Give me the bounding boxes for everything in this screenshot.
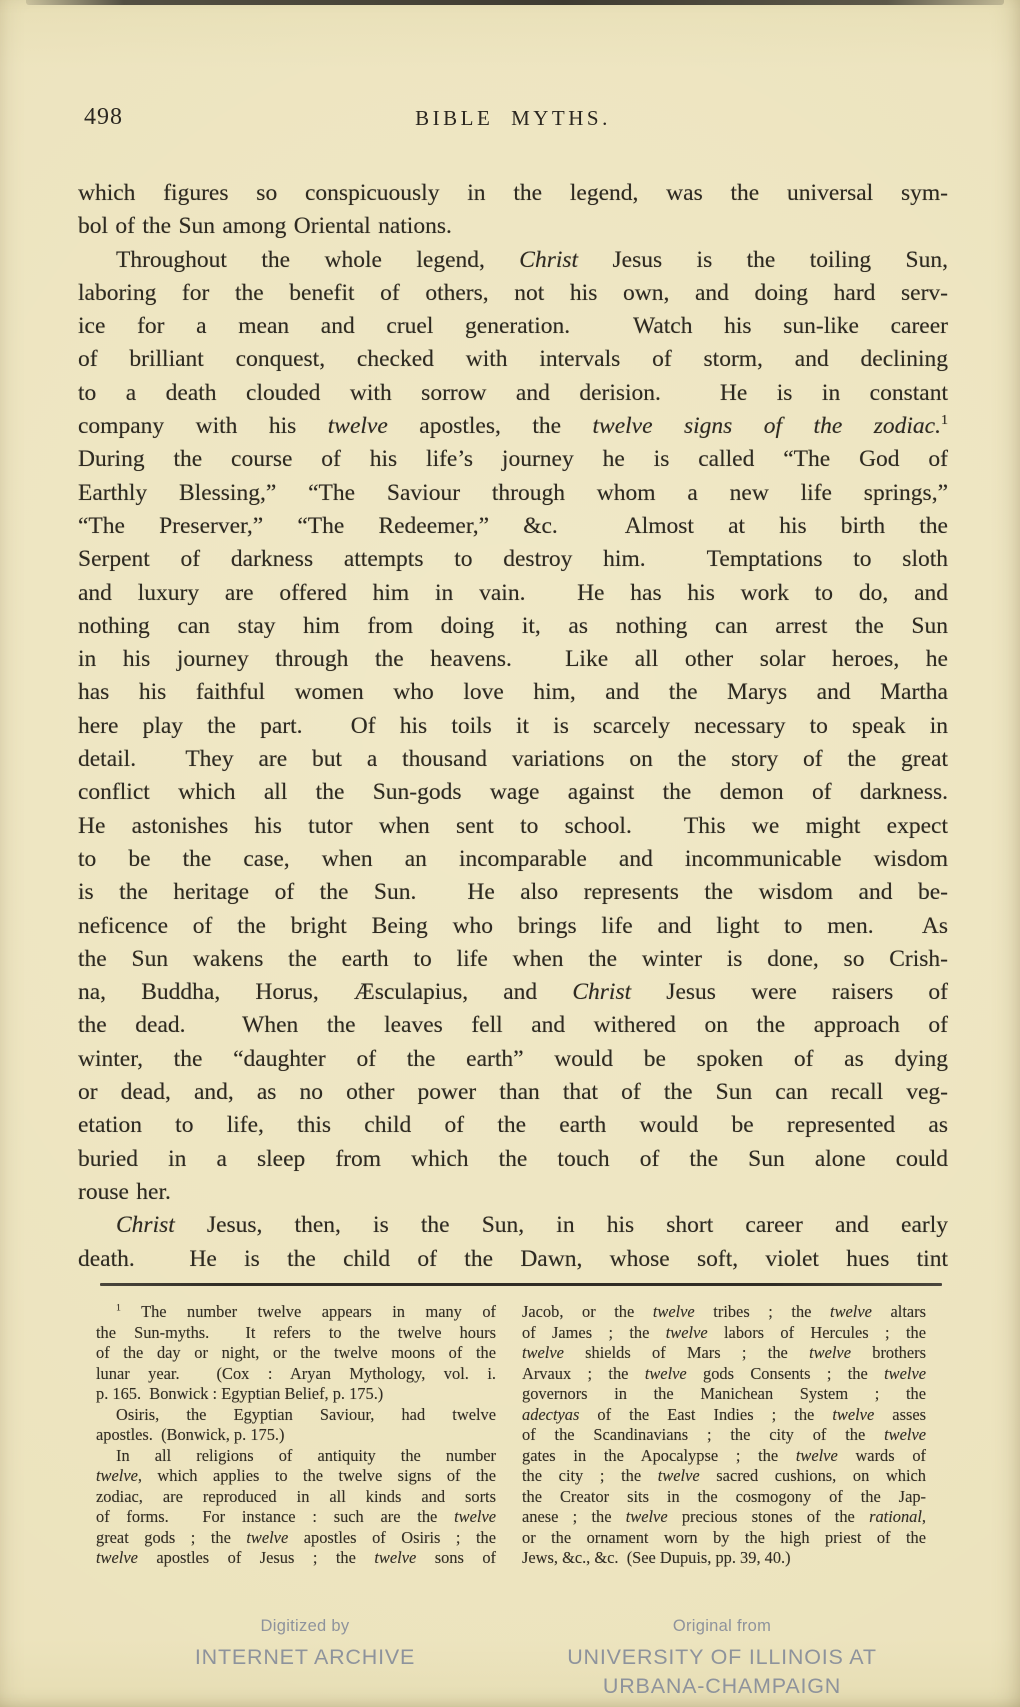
footnote-line: governors in the Manichean System ; the xyxy=(522,1384,926,1405)
university-label-line1: UNIVERSITY OF ILLINOIS AT xyxy=(537,1643,907,1672)
running-title: BIBLE MYTHS. xyxy=(78,106,948,131)
body-line: to a death clouded with sorrow and deris… xyxy=(78,377,948,410)
body-text: which figures so conspicuously in the le… xyxy=(78,177,948,1276)
body-line: the dead. When the leaves fell and withe… xyxy=(78,1009,948,1042)
footnote-line: twelve shields of Mars ; the twelve brot… xyxy=(522,1343,926,1364)
footnote-line: great gods ; the twelve apostles of Osir… xyxy=(96,1528,496,1549)
footnote-line: p. 165. Bonwick : Egyptian Belief, p. 17… xyxy=(96,1384,496,1405)
footnote-line: twelve apostles of Jesus ; the twelve so… xyxy=(96,1548,496,1569)
body-line: laboring for the benefit of others, not … xyxy=(78,277,948,310)
body-line: bol of the Sun among Oriental nations. xyxy=(78,210,948,243)
body-line: “The Preserver,” “The Redeemer,” &c. Alm… xyxy=(78,510,948,543)
body-line: conflict which all the Sun-gods wage aga… xyxy=(78,776,948,809)
footnote-line: the Sun-myths. It refers to the twelve h… xyxy=(96,1323,496,1344)
body-line: death. He is the child of the Dawn, whos… xyxy=(78,1243,948,1276)
footnote-line: Osiris, the Egyptian Saviour, had twelve xyxy=(96,1405,496,1426)
footnote-line: the city ; the twelve sacred cushions, o… xyxy=(522,1466,926,1487)
footnote-line: gates in the Apocalypse ; the twelve war… xyxy=(522,1446,926,1467)
footnote-column-left: 1 The number twelve appears in many ofth… xyxy=(96,1302,496,1569)
body-line: rouse her. xyxy=(78,1176,948,1209)
footnote-line: of forms. For instance : such are the tw… xyxy=(96,1507,496,1528)
footnote-line: 1 The number twelve appears in many of xyxy=(96,1302,496,1323)
footnote-line: In all religions of antiquity the number xyxy=(96,1446,496,1467)
body-line: Throughout the whole legend, Christ Jesu… xyxy=(78,244,948,277)
internet-archive-label: INTERNET ARCHIVE xyxy=(160,1643,450,1672)
body-line: detail. They are but a thousand variatio… xyxy=(78,743,948,776)
body-line: which figures so conspicuously in the le… xyxy=(78,177,948,210)
body-line: Earthly Blessing,” “The Saviour through … xyxy=(78,477,948,510)
original-from-label: Original from xyxy=(537,1617,907,1636)
body-line: ice for a mean and cruel generation. Wat… xyxy=(78,310,948,343)
university-label-line2: URBANA-CHAMPAIGN xyxy=(537,1672,907,1701)
body-line: is the heritage of the Sun. He also repr… xyxy=(78,876,948,909)
footnote-line: Arvaux ; the twelve gods Consents ; the … xyxy=(522,1364,926,1385)
body-line: or dead, and, as no other power than tha… xyxy=(78,1076,948,1109)
body-line: winter, the “daughter of the earth” woul… xyxy=(78,1043,948,1076)
body-line: He astonishes his tutor when sent to sch… xyxy=(78,810,948,843)
original-from-stamp: Original from UNIVERSITY OF ILLINOIS AT … xyxy=(537,1617,907,1700)
footnote-divider xyxy=(100,1283,942,1286)
body-line: nothing can stay him from doing it, as n… xyxy=(78,610,948,643)
body-line: na, Buddha, Horus, Æsculapius, and Chris… xyxy=(78,976,948,1009)
digitized-by-stamp: Digitized by INTERNET ARCHIVE xyxy=(160,1617,450,1672)
body-line: to be the case, when an incomparable and… xyxy=(78,843,948,876)
footnote-line: zodiac, are reproduced in all kinds and … xyxy=(96,1487,496,1508)
footnote-line: apostles. (Bonwick, p. 175.) xyxy=(96,1425,496,1446)
body-line: buried in a sleep from which the touch o… xyxy=(78,1143,948,1176)
footnote-line: adectyas of the East Indies ; the twelve… xyxy=(522,1405,926,1426)
footnote-line: anese ; the twelve precious stones of th… xyxy=(522,1507,926,1528)
footnote-line: the Creator sits in the cosmogony of the… xyxy=(522,1487,926,1508)
body-line: here play the part. Of his toils it is s… xyxy=(78,710,948,743)
footnote-line: of the day or night, or the twelve moons… xyxy=(96,1343,496,1364)
body-line: etation to life, this child of the earth… xyxy=(78,1109,948,1142)
body-line: the Sun wakens the earth to life when th… xyxy=(78,943,948,976)
footnote-line: twelve, which applies to the twelve sign… xyxy=(96,1466,496,1487)
body-line: Christ Jesus, then, is the Sun, in his s… xyxy=(78,1209,948,1242)
scan-edge-artifact xyxy=(26,0,1004,5)
book-page-scan: 498 BIBLE MYTHS. which figures so conspi… xyxy=(0,0,1020,1707)
digitized-by-label: Digitized by xyxy=(160,1617,450,1636)
footnote-line: or the ornament worn by the high priest … xyxy=(522,1528,926,1549)
body-line: and luxury are offered him in vain. He h… xyxy=(78,577,948,610)
footnote-column-right: Jacob, or the twelve tribes ; the twelve… xyxy=(522,1302,926,1569)
footnote-line: Jews, &c., &c. (See Dupuis, pp. 39, 40.) xyxy=(522,1548,926,1569)
page-header: 498 BIBLE MYTHS. xyxy=(78,104,948,138)
body-line: in his journey through the heavens. Like… xyxy=(78,643,948,676)
footnote-line: of James ; the twelve labors of Hercules… xyxy=(522,1323,926,1344)
body-line: company with his twelve apostles, the tw… xyxy=(78,410,948,443)
body-line: During the course of his life’s journey … xyxy=(78,443,948,476)
body-line: has his faithful women who love him, and… xyxy=(78,676,948,709)
body-line: Serpent of darkness attempts to destroy … xyxy=(78,543,948,576)
body-line: of brilliant conquest, checked with inte… xyxy=(78,343,948,376)
body-line: neficence of the bright Being who brings… xyxy=(78,910,948,943)
footnote-line: Jacob, or the twelve tribes ; the twelve… xyxy=(522,1302,926,1323)
footnote-line: lunar year. (Cox : Aryan Mythology, vol.… xyxy=(96,1364,496,1385)
footnote-line: of the Scandinavians ; the city of the t… xyxy=(522,1425,926,1446)
